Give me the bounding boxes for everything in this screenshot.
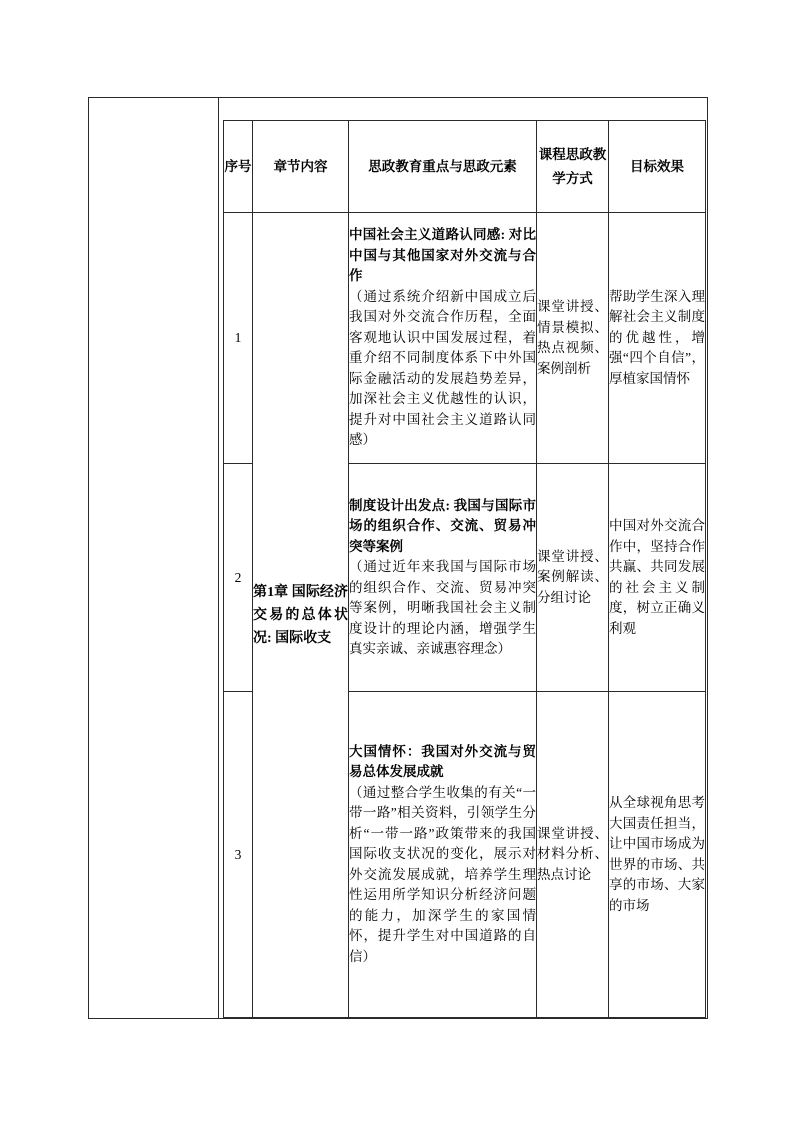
document-page: 序号 章节内容 思政教育重点与思政元素 课程思政教学方式 目标效果 1 第1章 … (0, 0, 794, 1123)
row-3-focus-detail: （通过整合学生收集的有关“一带一路”相关资料，引领学生分析“一带一路”政策带来的… (349, 783, 536, 968)
outer-table-column-divider (218, 98, 219, 1018)
row-2-focus-detail: （通过近年来我国与国际市场的组织合作、交流、贸易冲突等案例，明晰我国社会主义制度… (349, 557, 536, 660)
header-effect: 目标效果 (609, 121, 706, 213)
chapter-cell: 第1章 国际经济交易的总体状况: 国际收支 (253, 213, 349, 1018)
row-2-focus-cell: 制度设计出发点: 我国与国际市场的组织合作、交流、贸易冲突等案例 （通过近年来我… (349, 464, 537, 692)
header-chapter: 章节内容 (253, 121, 349, 213)
row-1-focus-cell: 中国社会主义道路认同感: 对比中国与其他国家对外交流与合作 （通过系统介绍新中国… (349, 213, 537, 464)
row-2-teaching-method: 课堂讲授、案例解读、分组讨论 (537, 464, 609, 692)
header-focus: 思政教育重点与思政元素 (349, 121, 537, 213)
header-method: 课程思政教学方式 (537, 121, 609, 213)
row-2-focus-title: 制度设计出发点: 我国与国际市场的组织合作、交流、贸易冲突等案例 (349, 496, 536, 558)
row-1-teaching-method: 课堂讲授、情景模拟、热点视频、案例剖析 (537, 213, 609, 464)
table-header-row: 序号 章节内容 思政教育重点与思政元素 课程思政教学方式 目标效果 (224, 121, 706, 213)
header-number: 序号 (224, 121, 253, 213)
row-1-number: 1 (224, 213, 253, 464)
table-row-1: 1 第1章 国际经济交易的总体状况: 国际收支 中国社会主义道路认同感: 对比中… (224, 213, 706, 464)
row-3-focus-cell: 大国情怀：我国对外交流与贸易总体发展成就 （通过整合学生收集的有关“一带一路”相… (349, 692, 537, 1018)
row-3-teaching-method: 课堂讲授、材料分析、热点讨论 (537, 692, 609, 1018)
row-1-target-effect: 帮助学生深入理解社会主义制度的优越性，增强“四个自信”，厚植家国情怀 (609, 213, 706, 464)
row-1-focus-title: 中国社会主义道路认同感: 对比中国与其他国家对外交流与合作 (349, 225, 536, 287)
row-2-target-effect: 中国对外交流合作中，坚持合作共赢、共同发展的社会主义制度，树立正确义利观 (609, 464, 706, 692)
row-3-target-effect: 从全球视角思考大国责任担当，让中国市场成为世界的市场、共享的市场、大家的市场 (609, 692, 706, 1018)
row-3-number: 3 (224, 692, 253, 1018)
row-2-number: 2 (224, 464, 253, 692)
row-3-focus-title: 大国情怀：我国对外交流与贸易总体发展成就 (349, 742, 536, 783)
row-1-focus-detail: （通过系统介绍新中国成立后我国对外交流合作历程，全面客观地认识中国发展过程，着重… (349, 287, 536, 451)
course-ideology-table: 序号 章节内容 思政教育重点与思政元素 课程思政教学方式 目标效果 1 第1章 … (223, 120, 706, 1018)
